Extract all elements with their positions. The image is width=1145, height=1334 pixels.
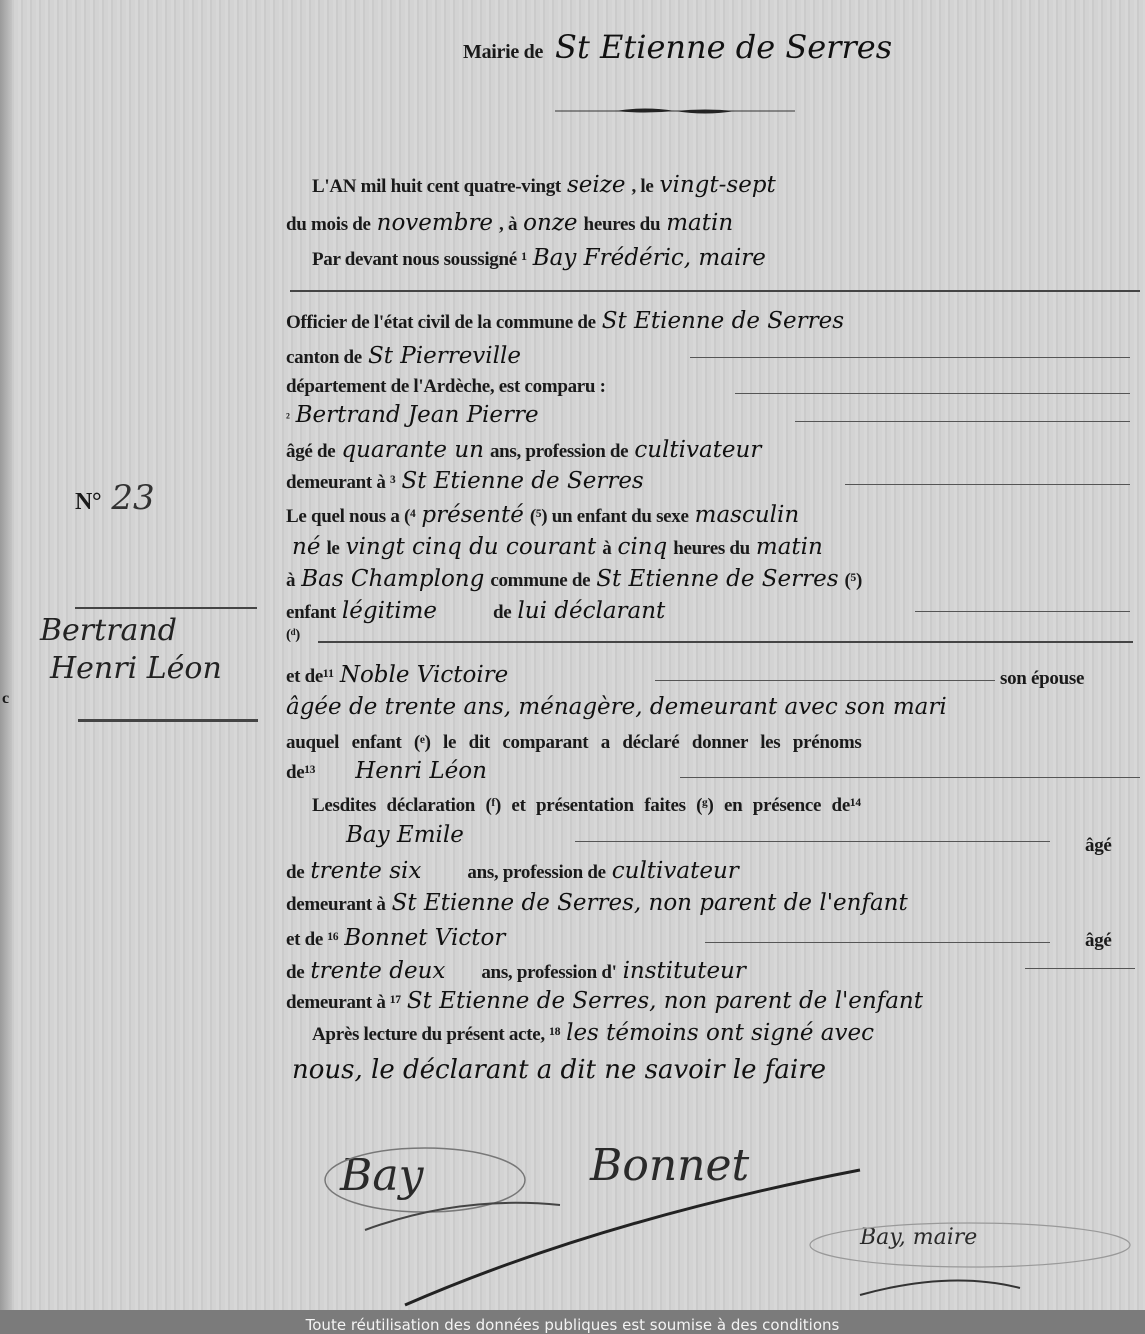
printed: le xyxy=(326,538,339,560)
printed: commune de xyxy=(490,570,590,592)
line-birth-date: nélevingt cinq du courantàcinqheures dum… xyxy=(286,534,829,560)
printed: demeurant à ¹⁷ xyxy=(286,992,401,1014)
printed: Le quel nous a (⁴ xyxy=(286,506,415,528)
act-number: N°23 xyxy=(75,478,155,518)
reuse-notice-text: Toute réutilisation des données publique… xyxy=(306,1316,840,1334)
handwritten: onze xyxy=(523,210,577,236)
header-commune: St Etienne de Serres xyxy=(555,28,892,66)
fill-line xyxy=(1025,968,1135,969)
handwritten: St Pierreville xyxy=(368,343,521,369)
handwritten: trente deux xyxy=(310,958,445,984)
printed: âgé de xyxy=(286,441,335,463)
fill-line xyxy=(705,942,1050,943)
printed: , le xyxy=(631,176,653,198)
handwritten: St Etienne de Serres xyxy=(596,566,838,592)
printed: Lesdites déclaration (ᶠ) et présentation… xyxy=(312,795,861,817)
printed: de xyxy=(286,862,304,884)
handwritten: les témoins ont signé avec xyxy=(566,1020,874,1046)
handwritten: Noble Victoire xyxy=(340,662,508,688)
handwritten: vingt-sept xyxy=(659,172,775,198)
ornament-divider xyxy=(555,104,795,118)
handwritten: nous, le déclarant a dit ne savoir le fa… xyxy=(292,1055,826,1085)
printed: Officier de l'état civil de la commune d… xyxy=(286,312,596,334)
margin-surname: Bertrand xyxy=(40,612,222,650)
line-year: L'AN mil huit cent quatre-vingtseize, le… xyxy=(312,172,782,198)
fill-line xyxy=(655,680,995,681)
line-declarant-residence: demeurant à ³St Etienne de Serres xyxy=(286,468,650,494)
document-scan: Mairie deSt Etienne de Serres N°23 Bertr… xyxy=(0,0,1145,1310)
mairie-header: Mairie deSt Etienne de Serres xyxy=(463,28,892,66)
line-canton: canton deSt Pierreville xyxy=(286,343,527,369)
line-witness2: et de ¹⁶Bonnet Victor xyxy=(286,925,511,951)
line-after-reading: Après lecture du présent acte, ¹⁸les tém… xyxy=(312,1020,880,1046)
handwritten: vingt cinq du courant xyxy=(346,534,597,560)
fill-line xyxy=(915,611,1130,612)
printed: et de ¹⁶ xyxy=(286,929,338,951)
header-printed: Mairie de xyxy=(463,41,543,63)
line-given-names: de¹³Henri Léon xyxy=(286,758,493,784)
fill-line xyxy=(690,357,1130,358)
handwritten: masculin xyxy=(695,502,800,528)
handwritten: cultivateur xyxy=(612,858,739,884)
line-departement: département de l'Ardèche, est comparu : xyxy=(286,376,606,398)
printed: heures du xyxy=(584,214,661,236)
line-presented: Le quel nous a (⁴présenté(⁵) un enfant d… xyxy=(286,502,805,528)
printed: heures du xyxy=(673,538,750,560)
handwritten: St Etienne de Serres xyxy=(602,308,844,334)
handwritten: lui déclarant xyxy=(517,598,665,624)
margin-name: Bertrand Henri Léon xyxy=(40,612,222,688)
line-witnesses-intro: Lesdites déclaration (ᶠ) et présentation… xyxy=(312,795,861,817)
act-number-value: 23 xyxy=(111,478,154,518)
handwritten: Bay Frédéric, maire xyxy=(533,245,766,271)
fill-line xyxy=(845,484,1130,485)
handwritten: Bertrand Jean Pierre xyxy=(296,402,539,428)
line-mother: et de¹¹Noble Victoire xyxy=(286,662,514,688)
handwritten: matin xyxy=(756,534,823,560)
handwritten: Bay Emile xyxy=(346,822,464,848)
handwritten: seize xyxy=(567,172,626,198)
margin-mark: c xyxy=(2,690,9,708)
printed: à xyxy=(602,538,611,560)
printed: à xyxy=(286,570,295,592)
printed: demeurant à ³ xyxy=(286,472,395,494)
printed: ans, profession de xyxy=(467,862,605,884)
handwritten: novembre xyxy=(377,210,493,236)
printed: département de l'Ardèche, est comparu : xyxy=(286,376,606,398)
line-declarant: ²Bertrand Jean Pierre xyxy=(286,402,545,428)
handwritten: quarante un xyxy=(341,437,484,463)
line-birth-place: àBas Champlongcommune deSt Etienne de Se… xyxy=(286,566,862,592)
printed: de xyxy=(286,962,304,984)
handwritten: instituteur xyxy=(623,958,746,984)
printed: ans, profession de xyxy=(490,441,628,463)
section-rule xyxy=(290,290,1140,292)
margin-rule-top xyxy=(75,607,257,609)
fill-line xyxy=(680,777,1140,778)
printed: (⁵) un enfant du sexe xyxy=(530,506,689,528)
line-month: du mois denovembre, àonzeheures dumatin xyxy=(286,210,739,236)
line-witness2-age: detrente deuxans, profession d'institute… xyxy=(286,958,752,984)
line-witness1: Bay Emile xyxy=(340,822,470,848)
line-witness1-residence: demeurant àSt Etienne de Serres, non par… xyxy=(286,890,914,916)
printed: , à xyxy=(499,214,517,236)
handwritten: matin xyxy=(666,210,733,236)
printed: et de¹¹ xyxy=(286,666,334,688)
margin-given-names: Henri Léon xyxy=(50,650,222,688)
fill-line xyxy=(575,841,1050,842)
act-number-label: N° xyxy=(75,489,101,515)
printed: du mois de xyxy=(286,214,371,236)
printed: de xyxy=(493,602,511,624)
line-mother-details: âgée de trente ans, ménagère, demeurant … xyxy=(286,694,953,720)
printed: de¹³ xyxy=(286,762,315,784)
handwritten: St Etienne de Serres xyxy=(401,468,643,494)
line-closing: nous, le déclarant a dit ne savoir le fa… xyxy=(286,1055,832,1085)
line-declarant-age: âgé dequarante unans, profession deculti… xyxy=(286,437,767,463)
line-prenoms: auquel enfant (ᵉ) le dit comparant a déc… xyxy=(286,732,861,754)
margin-rule-bottom xyxy=(78,719,258,722)
fill-line xyxy=(318,641,1133,643)
printed: demeurant à xyxy=(286,894,386,916)
printed: Par devant nous soussigné ¹ xyxy=(312,249,527,271)
handwritten: présenté xyxy=(421,502,523,528)
handwritten: Henri Léon xyxy=(355,758,487,784)
fill-line xyxy=(735,393,1130,394)
line-officer: Par devant nous soussigné ¹Bay Frédéric,… xyxy=(312,245,772,271)
printed: auquel enfant (ᵉ) le dit comparant a déc… xyxy=(286,732,861,754)
handwritten: Bonnet Victor xyxy=(344,925,505,951)
line-commune: Officier de l'état civil de la commune d… xyxy=(286,308,850,334)
line-d: (ᵈ) xyxy=(286,627,300,644)
handwritten: Bas Champlong xyxy=(301,566,484,592)
handwritten: cinq xyxy=(617,534,667,560)
handwritten: trente six xyxy=(310,858,421,884)
printed: (ᵈ) xyxy=(286,627,300,644)
printed: âgé xyxy=(1085,835,1112,857)
printed: L'AN mil huit cent quatre-vingt xyxy=(312,176,561,198)
page-binding-edge xyxy=(0,0,12,1310)
handwritten: âgée de trente ans, ménagère, demeurant … xyxy=(286,694,947,720)
printed: canton de xyxy=(286,347,362,369)
fill-line xyxy=(795,421,1130,422)
signature-mayor-flourish xyxy=(800,1200,1145,1310)
handwritten: cultivateur xyxy=(634,437,761,463)
printed: Après lecture du présent acte, ¹⁸ xyxy=(312,1024,560,1046)
handwritten: St Etienne de Serres, non parent de l'en… xyxy=(407,988,923,1014)
printed: âgé xyxy=(1085,930,1112,952)
line-witness2-residence: demeurant à ¹⁷St Etienne de Serres, non … xyxy=(286,988,929,1014)
handwritten: né xyxy=(292,534,320,560)
printed: ² xyxy=(286,410,290,426)
printed: son épouse xyxy=(1000,668,1084,690)
printed: ans, profession d' xyxy=(481,962,616,984)
line-legitimacy: enfantlégitimedelui déclarant xyxy=(286,598,671,624)
printed: enfant xyxy=(286,602,336,624)
handwritten: légitime xyxy=(342,598,437,624)
handwritten: St Etienne de Serres, non parent de l'en… xyxy=(392,890,908,916)
reuse-notice-banner: Toute réutilisation des données publique… xyxy=(0,1310,1145,1334)
line-witness1-age: detrente sixans, profession decultivateu… xyxy=(286,858,745,884)
printed: (⁵) xyxy=(845,570,862,592)
